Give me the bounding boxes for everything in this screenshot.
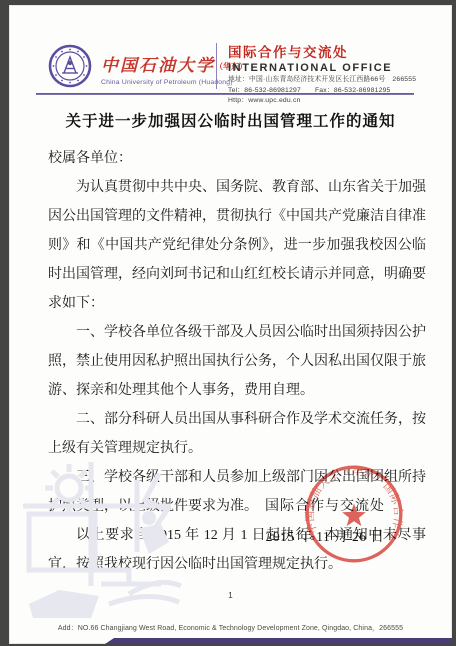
- university-name-calligraphy: 中国石油大学（华东）: [101, 51, 247, 76]
- signature-block: 国际合作与交流处 2015 年 11 月 26 日: [265, 495, 385, 545]
- university-seal-icon: [48, 44, 92, 88]
- signature-office: 国际合作与交流处: [265, 495, 385, 515]
- footer-accent-bar: [105, 638, 452, 644]
- header-web-line: Http：www.upc.edu.cn: [228, 96, 416, 106]
- paragraph: 二、部分科研人员出国从事科研合作及学术交流任务，按上级有关管理规定执行。: [48, 405, 426, 463]
- salutation: 校属各单位：: [48, 144, 426, 173]
- office-name-chinese: 国际合作与交流处: [228, 41, 416, 61]
- signature-date: 2015 年 11 月 26 日: [265, 525, 385, 545]
- document-title: 关于进一步加强因公临时出国管理工作的通知: [9, 109, 452, 131]
- header-vertical-divider: [216, 43, 217, 89]
- university-name-zh: 中国石油大学: [101, 56, 215, 75]
- university-name-english: China University of Petroleum (Huadong): [101, 79, 247, 86]
- paragraph: 为认真贯彻中共中央、国务院、教育部、山东省关于加强因公出国管理的文件精神，贯彻执…: [48, 173, 426, 318]
- university-logo-block: 中国石油大学（华东） China University of Petroleum…: [48, 44, 247, 88]
- paragraph: 一、学校各单位各级干部及人员因公临时出国须持因公护照，禁止使用因私护照出国执行公…: [48, 318, 426, 405]
- office-info-block: 国际合作与交流处 INTERNATIONAL OFFICE 地址：中国·山东青岛…: [228, 41, 416, 106]
- footer-address: Add：NO.66 Changjiang West Road, Economic…: [9, 623, 452, 633]
- page-number: 1: [9, 591, 452, 600]
- letterhead: 中国石油大学（华东） China University of Petroleum…: [9, 5, 452, 101]
- document-page: 中国石油大学（华东） China University of Petroleum…: [9, 5, 452, 644]
- header-address-line: 地址：中国·山东青岛经济技术开发区长江西路66号 266555: [228, 75, 416, 85]
- header-rule: [36, 93, 414, 95]
- office-name-english: INTERNATIONAL OFFICE: [228, 62, 416, 74]
